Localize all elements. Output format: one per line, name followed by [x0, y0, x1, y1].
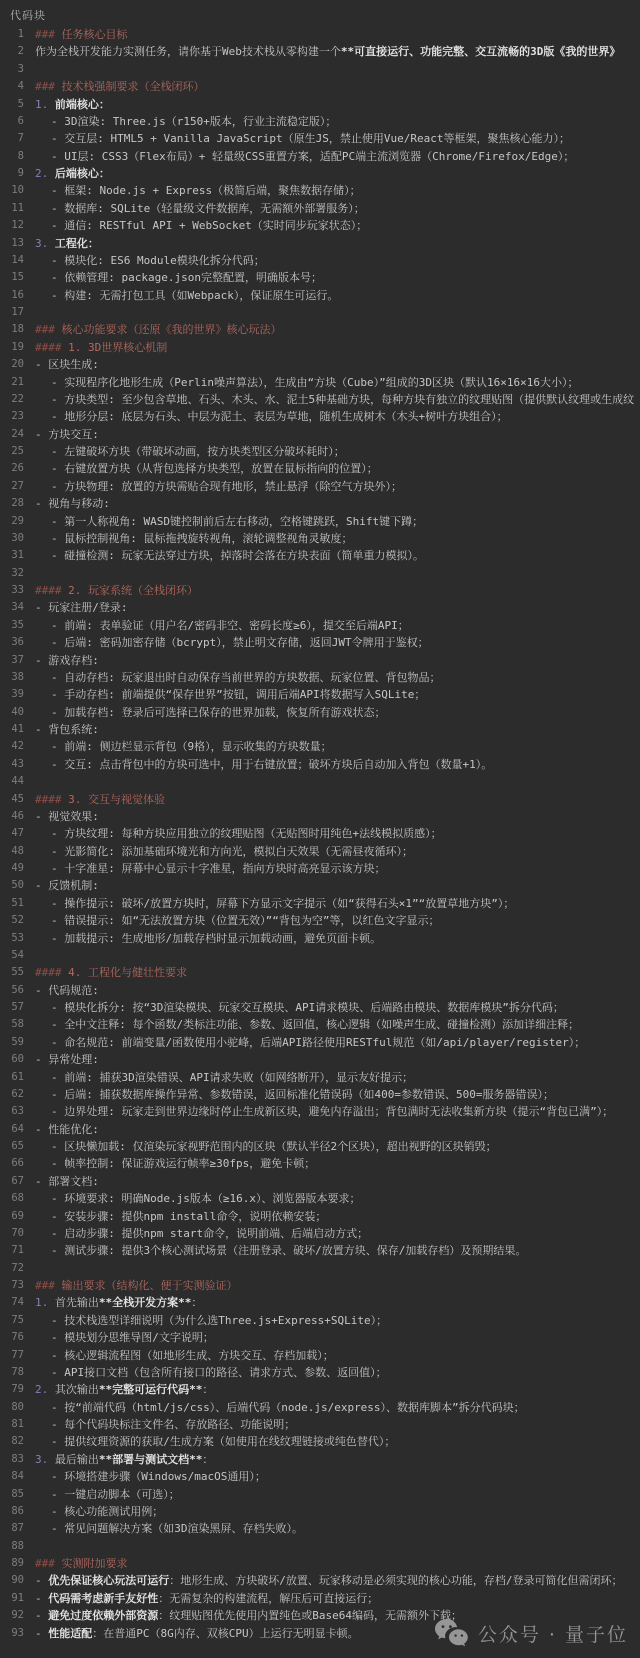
line-number: 79	[0, 1381, 24, 1398]
code-line: 41- 背包系统:	[0, 721, 640, 738]
code-line: 80- 按“前端代码（html/js/css）、后端代码（node.js/exp…	[0, 1399, 640, 1416]
line-content: - 左键破坏方块（带破坏动画，按方块类型区分破坏耗时）；	[24, 443, 345, 460]
code-line: 833. 最后输出**部署与测试文档**：	[0, 1451, 640, 1468]
line-number: 87	[0, 1520, 24, 1537]
line-number: 38	[0, 669, 24, 686]
line-number: 9	[0, 165, 24, 182]
line-number: 16	[0, 287, 24, 304]
line-number: 4	[0, 78, 24, 95]
line-content: - 手动存档: 前端提供“保存世界”按钮，调用后端API将数据写入SQLite；	[24, 686, 425, 703]
code-line: 82- 提供纹理资源的获取/生成方案（如使用在线纹理链接或纯色替代）；	[0, 1433, 640, 1450]
code-line: 19#### 1. 3D世界核心机制	[0, 339, 640, 356]
line-content: - 提供纹理资源的获取/生成方案（如使用在线纹理链接或纯色替代）；	[24, 1433, 395, 1450]
code-line: 3	[0, 61, 640, 78]
line-content: - 游戏存档:	[24, 652, 99, 669]
line-content	[24, 773, 35, 790]
line-number: 86	[0, 1503, 24, 1520]
line-number: 31	[0, 547, 24, 564]
code-line: 52- 错误提示: 如“无法放置方块（位置无效）”“背包为空”等，以红色文字显示…	[0, 912, 640, 929]
line-number: 89	[0, 1555, 24, 1572]
line-content: - 全中文注释: 每个函数/类标注功能、参数、返回值，核心逻辑（如噪声生成、碰撞…	[24, 1016, 579, 1033]
code-line: 34- 玩家注册/登录:	[0, 599, 640, 616]
line-content: - 视觉效果:	[24, 808, 99, 825]
line-content: - 地形分层: 底层为石头、中层为泥土、表层为草地，随机生成树木（木头+树叶方块…	[24, 408, 508, 425]
code-line: 55#### 4. 工程化与健壮性要求	[0, 964, 640, 981]
line-number: 7	[0, 130, 24, 147]
line-content: - 按“前端代码（html/js/css）、后端代码（node.js/expre…	[24, 1399, 525, 1416]
code-line: 7- 交互层: HTML5 + Vanilla JavaScript（原生JS，…	[0, 130, 640, 147]
line-content: - 鼠标控制视角: 鼠标拖拽旋转视角，滚轮调整视角灵敏度；	[24, 530, 353, 547]
line-content	[24, 1538, 35, 1555]
line-number: 15	[0, 269, 24, 286]
line-content: - 代码需考虑新手友好性：无需复杂的构建流程，解压后可直接运行；	[24, 1590, 378, 1607]
line-content: - 错误提示: 如“无法放置方块（位置无效）”“背包为空”等，以红色文字显示；	[24, 912, 439, 929]
code-line: 35- 前端: 表单验证（用户名/密码非空、密码长度≥6），提交至后端API；	[0, 617, 640, 634]
code-line: 67- 部署文档:	[0, 1173, 640, 1190]
line-number: 90	[0, 1572, 24, 1589]
code-line: 81- 每个代码块标注文件名、存放路径、功能说明；	[0, 1416, 640, 1433]
line-content: 2. 其次输出**完整可运行代码**：	[24, 1381, 213, 1398]
line-number: 72	[0, 1260, 24, 1277]
line-number: 83	[0, 1451, 24, 1468]
code-line: 77- 核心逻辑流程图（如地形生成、方块交互、存档加载）；	[0, 1347, 640, 1364]
code-line: 40- 加载存档: 登录后可选择已保存的世界加载，恢复所有游戏状态；	[0, 704, 640, 721]
code-line: 78- API接口文档（包含所有接口的路径、请求方式、参数、返回值）；	[0, 1364, 640, 1381]
code-line: 37- 游戏存档:	[0, 652, 640, 669]
line-content: - 常见问题解决方案（如3D渲染黑屏、存档失败）。	[24, 1520, 303, 1537]
code-line: 62- 后端: 捕获数据库操作异常、参数错误，返回标准化错误码（如400=参数错…	[0, 1086, 640, 1103]
code-lines: 1### 任务核心目标2作为全栈开发能力实测任务，请你基于Web技术栈从零构建一…	[0, 26, 640, 1642]
line-content	[24, 61, 35, 78]
code-line: 741. 首先输出**全栈开发方案**：	[0, 1294, 640, 1311]
line-content: 2. 后端核心：	[24, 165, 110, 182]
line-number: 35	[0, 617, 24, 634]
code-line: 21- 实现程序化地形生成（Perlin噪声算法），生成由“方块（Cube）”组…	[0, 374, 640, 391]
line-number: 30	[0, 530, 24, 547]
code-line: 17	[0, 304, 640, 321]
line-number: 19	[0, 339, 24, 356]
code-line: 92. 后端核心：	[0, 165, 640, 182]
line-content: - 方块类型: 至少包含草地、石头、木头、水、泥土5种基础方块，每种方块有独立的…	[24, 391, 634, 408]
code-line: 65- 区块懒加载: 仅渲染玩家视野范围内的区块（默认半径2个区块），超出视野的…	[0, 1138, 640, 1155]
line-content: - 依赖管理: package.json完整配置，明确版本号；	[24, 269, 322, 286]
line-number: 46	[0, 808, 24, 825]
code-line: 64- 性能优化:	[0, 1121, 640, 1138]
code-line: 72	[0, 1260, 640, 1277]
line-content: ### 实测附加要求	[24, 1555, 128, 1572]
line-number: 80	[0, 1399, 24, 1416]
code-line: 89### 实测附加要求	[0, 1555, 640, 1572]
line-number: 39	[0, 686, 24, 703]
line-number: 6	[0, 113, 24, 130]
line-content: - 交互: 点击背包中的方块可选中，用于右键放置；破坏方块后自动加入背包（数量+…	[24, 756, 492, 773]
line-content: - 优先保证核心玩法可运行：地形生成、方块破坏/放置、玩家移动是必须实现的核心功…	[24, 1572, 623, 1589]
code-line: 30- 鼠标控制视角: 鼠标拖拽旋转视角，滚轮调整视角灵敏度；	[0, 530, 640, 547]
code-line: 6- 3D渲染: Three.js（r150+版本，行业主流稳定版）；	[0, 113, 640, 130]
line-content: - 十字准星: 屏幕中心显示十字准星，指向方块时高亮显示该方块；	[24, 860, 386, 877]
code-line: 47- 方块纹理: 每种方块应用独立的纹理贴图（无贴图时用纯色+法线模拟质感）；	[0, 825, 640, 842]
code-line: 70- 启动步骤: 提供npm start命令，说明前端、后端启动方式；	[0, 1225, 640, 1242]
line-number: 11	[0, 200, 24, 217]
code-line: 88	[0, 1538, 640, 1555]
code-line: 71- 测试步骤: 提供3个核心测试场景（注册登录、破坏/放置方块、保存/加载存…	[0, 1242, 640, 1259]
code-line: 15- 依赖管理: package.json完整配置，明确版本号；	[0, 269, 640, 286]
line-number: 1	[0, 26, 24, 43]
line-number: 71	[0, 1242, 24, 1259]
line-number: 91	[0, 1590, 24, 1607]
line-number: 55	[0, 964, 24, 981]
line-number: 66	[0, 1155, 24, 1172]
code-line: 49- 十字准星: 屏幕中心显示十字准星，指向方块时高亮显示该方块；	[0, 860, 640, 877]
line-number: 69	[0, 1208, 24, 1225]
line-number: 32	[0, 565, 24, 582]
line-number: 77	[0, 1347, 24, 1364]
line-content: - 右键放置方块（从背包选择方块类型，放置在鼠标指向的位置）；	[24, 460, 378, 477]
line-content: - 启动步骤: 提供npm start命令，说明前端、后端启动方式；	[24, 1225, 368, 1242]
line-content: - 构建: 无需打包工具（如Webpack），保证原生可运行。	[24, 287, 338, 304]
line-content: - 模块化拆分: 按“3D渲染模块、玩家交互模块、API请求模块、后端路由模块、…	[24, 999, 564, 1016]
code-line: 69- 安装步骤: 提供npm install命令，说明依赖安装；	[0, 1208, 640, 1225]
line-number: 82	[0, 1433, 24, 1450]
line-content: - 测试步骤: 提供3个核心测试场景（注册登录、破坏/放置方块、保存/加载存档）…	[24, 1242, 526, 1259]
line-number: 10	[0, 182, 24, 199]
line-number: 57	[0, 999, 24, 1016]
line-content: - 自动存档: 玩家退出时自动保存当前世界的方块数据、玩家位置、背包物品；	[24, 669, 441, 686]
line-content: - 边界处理: 玩家走到世界边缘时停止生成新区块，避免内存溢出；背包满时无法收集…	[24, 1103, 613, 1120]
code-line: 1### 任务核心目标	[0, 26, 640, 43]
code-line: 53- 加载提示: 生成地形/加载存档时显示加载动画，避免页面卡顿。	[0, 930, 640, 947]
line-number: 8	[0, 148, 24, 165]
line-number: 58	[0, 1016, 24, 1033]
line-content: - 性能优化:	[24, 1121, 99, 1138]
line-content: - 前端: 捕获3D渲染错误、API请求失败（如网络断开），显示友好提示；	[24, 1069, 413, 1086]
line-number: 27	[0, 478, 24, 495]
line-content: - 核心逻辑流程图（如地形生成、方块交互、存档加载）；	[24, 1347, 334, 1364]
code-line: 90- 优先保证核心玩法可运行：地形生成、方块破坏/放置、玩家移动是必须实现的核…	[0, 1572, 640, 1589]
code-line: 54	[0, 947, 640, 964]
line-number: 68	[0, 1190, 24, 1207]
line-number: 70	[0, 1225, 24, 1242]
code-line: 38- 自动存档: 玩家退出时自动保存当前世界的方块数据、玩家位置、背包物品；	[0, 669, 640, 686]
line-content: - 代码规范:	[24, 982, 99, 999]
line-number: 63	[0, 1103, 24, 1120]
code-line: 28- 视角与移动:	[0, 495, 640, 512]
line-content: ### 输出要求（结构化、便于实测验证）	[24, 1277, 238, 1294]
line-number: 12	[0, 217, 24, 234]
wechat-icon	[434, 1618, 470, 1648]
line-number: 44	[0, 773, 24, 790]
code-line: 29- 第一人称视角: WASD键控制前后左右移动，空格键跳跃，Shift键下蹲…	[0, 513, 640, 530]
line-number: 41	[0, 721, 24, 738]
code-line: 48- 光影简化: 添加基础环境光和方向光，模拟白天效果（无需昼夜循环）；	[0, 843, 640, 860]
line-content: 3. 工程化：	[24, 235, 99, 252]
code-line: 792. 其次输出**完整可运行代码**：	[0, 1381, 640, 1398]
code-line: 20- 区块生成:	[0, 356, 640, 373]
line-number: 81	[0, 1416, 24, 1433]
code-line: 86- 核心功能测试用例；	[0, 1503, 640, 1520]
line-number: 45	[0, 791, 24, 808]
line-number: 28	[0, 495, 24, 512]
code-line: 91- 代码需考虑新手友好性：无需复杂的构建流程，解压后可直接运行；	[0, 1590, 640, 1607]
line-number: 76	[0, 1329, 24, 1346]
code-line: 31- 碰撞检测: 玩家无法穿过方块，掉落时会落在方块表面（简单重力模拟）。	[0, 547, 640, 564]
line-content: - 光影简化: 添加基础环境光和方向光，模拟白天效果（无需昼夜循环）；	[24, 843, 413, 860]
line-number: 50	[0, 877, 24, 894]
line-number: 64	[0, 1121, 24, 1138]
line-content	[24, 304, 35, 321]
line-content: - 加载存档: 登录后可选择已保存的世界加载，恢复所有游戏状态；	[24, 704, 386, 721]
code-line: 61- 前端: 捕获3D渲染错误、API请求失败（如网络断开），显示友好提示；	[0, 1069, 640, 1086]
line-number: 17	[0, 304, 24, 321]
code-line: 25- 左键破坏方块（带破坏动画，按方块类型区分破坏耗时）；	[0, 443, 640, 460]
line-number: 73	[0, 1277, 24, 1294]
line-content: ### 任务核心目标	[24, 26, 128, 43]
line-number: 53	[0, 930, 24, 947]
line-content	[24, 947, 35, 964]
line-content: #### 3. 交互与视觉体验	[24, 791, 165, 808]
line-content: - 命名规范: 前端变量/函数使用小驼峰，后端API路径使用RESTful规范（…	[24, 1034, 585, 1051]
line-number: 18	[0, 321, 24, 338]
line-number: 5	[0, 96, 24, 113]
line-content: - 碰撞检测: 玩家无法穿过方块，掉落时会落在方块表面（简单重力模拟）。	[24, 547, 424, 564]
line-content: - 核心功能测试用例；	[24, 1503, 163, 1520]
line-number: 52	[0, 912, 24, 929]
line-number: 93	[0, 1625, 24, 1642]
code-line: 56- 代码规范:	[0, 982, 640, 999]
line-content: - 环境要求: 明确Node.js版本（≥16.x）、浏览器版本要求；	[24, 1190, 360, 1207]
line-content: - 方块物理: 放置的方块需贴合现有地形，禁止悬浮（除空气方块外）；	[24, 478, 402, 495]
code-line: 51. 前端核心：	[0, 96, 640, 113]
line-number: 43	[0, 756, 24, 773]
line-content: - 交互层: HTML5 + Vanilla JavaScript（原生JS，禁…	[24, 130, 570, 147]
line-content: - 加载提示: 生成地形/加载存档时显示加载动画，避免页面卡顿。	[24, 930, 381, 947]
line-content: - 区块生成:	[24, 356, 99, 373]
code-block-title: 代码块	[10, 7, 46, 23]
code-line: 23- 地形分层: 底层为石头、中层为泥土、表层为草地，随机生成树木（木头+树叶…	[0, 408, 640, 425]
line-number: 20	[0, 356, 24, 373]
line-content: - 通信: RESTful API + WebSocket（实时同步玩家状态）；	[24, 217, 367, 234]
line-content	[24, 1260, 35, 1277]
line-number: 34	[0, 599, 24, 616]
line-number: 65	[0, 1138, 24, 1155]
line-content: - 避免过度依赖外部资源：纹理贴图优先使用内置纯色或Base64编码，无需额外下…	[24, 1607, 462, 1624]
line-content: 1. 首先输出**全栈开发方案**：	[24, 1294, 202, 1311]
line-number: 40	[0, 704, 24, 721]
line-number: 84	[0, 1468, 24, 1485]
code-line: 46- 视觉效果:	[0, 808, 640, 825]
line-content: - 模块化: ES6 Module模块化拆分代码；	[24, 252, 265, 269]
line-content: - 前端: 侧边栏显示背包（9格），显示收集的方块数量；	[24, 738, 332, 755]
line-number: 42	[0, 738, 24, 755]
line-content: - 视角与移动:	[24, 495, 110, 512]
code-line: 44	[0, 773, 640, 790]
line-number: 29	[0, 513, 24, 530]
code-line: 85- 一键启动脚本（可选）；	[0, 1486, 640, 1503]
code-line: 63- 边界处理: 玩家走到世界边缘时停止生成新区块，避免内存溢出；背包满时无法…	[0, 1103, 640, 1120]
line-number: 78	[0, 1364, 24, 1381]
code-line: 2作为全栈开发能力实测任务，请你基于Web技术栈从零构建一个**可直接运行、功能…	[0, 43, 640, 60]
code-line: 73### 输出要求（结构化、便于实测验证）	[0, 1277, 640, 1294]
line-content: 1. 前端核心：	[24, 96, 110, 113]
code-line: 60- 异常处理:	[0, 1051, 640, 1068]
code-line: 57- 模块化拆分: 按“3D渲染模块、玩家交互模块、API请求模块、后端路由模…	[0, 999, 640, 1016]
line-content: - 第一人称视角: WASD键控制前后左右移动，空格键跳跃，Shift键下蹲；	[24, 513, 423, 530]
line-content: - 数据库: SQLite（轻量级文件数据库，无需额外部署服务）；	[24, 200, 365, 217]
line-number: 24	[0, 426, 24, 443]
line-content: - 背包系统:	[24, 721, 99, 738]
code-line: 66- 帧率控制: 保证游戏运行帧率≥30fps，避免卡顿；	[0, 1155, 640, 1172]
code-line: 39- 手动存档: 前端提供“保存世界”按钮，调用后端API将数据写入SQLit…	[0, 686, 640, 703]
line-number: 47	[0, 825, 24, 842]
line-number: 92	[0, 1607, 24, 1624]
line-content: - 玩家注册/登录:	[24, 599, 128, 616]
line-number: 3	[0, 61, 24, 78]
line-number: 49	[0, 860, 24, 877]
code-line: 87- 常见问题解决方案（如3D渲染黑屏、存档失败）。	[0, 1520, 640, 1537]
code-line: 59- 命名规范: 前端变量/函数使用小驼峰，后端API路径使用RESTful规…	[0, 1034, 640, 1051]
code-line: 14- 模块化: ES6 Module模块化拆分代码；	[0, 252, 640, 269]
line-number: 62	[0, 1086, 24, 1103]
code-line: 75- 技术栈选型详细说明（为什么选Three.js+Express+SQLit…	[0, 1312, 640, 1329]
code-line: 24- 方块交互:	[0, 426, 640, 443]
code-line: 4### 技术栈强制要求（全栈闭环）	[0, 78, 640, 95]
line-content: - 异常处理:	[24, 1051, 99, 1068]
line-content	[24, 565, 35, 582]
code-line: 68- 环境要求: 明确Node.js版本（≥16.x）、浏览器版本要求；	[0, 1190, 640, 1207]
line-number: 48	[0, 843, 24, 860]
line-number: 59	[0, 1034, 24, 1051]
line-content: - 区块懒加载: 仅渲染玩家视野范围内的区块（默认半径2个区块），超出视野的区块…	[24, 1138, 497, 1155]
line-content: - 每个代码块标注文件名、存放路径、功能说明；	[24, 1416, 295, 1433]
line-content: - 反馈机制:	[24, 877, 99, 894]
line-number: 33	[0, 582, 24, 599]
line-content: - 后端: 捕获数据库操作异常、参数错误，返回标准化错误码（如400=参数错误、…	[24, 1086, 554, 1103]
line-number: 23	[0, 408, 24, 425]
line-number: 37	[0, 652, 24, 669]
line-number: 21	[0, 374, 24, 391]
line-content: - API接口文档（包含所有接口的路径、请求方式、参数、返回值）；	[24, 1364, 387, 1381]
line-number: 85	[0, 1486, 24, 1503]
line-content: - 模块划分思维导图/文字说明；	[24, 1329, 214, 1346]
code-line: 50- 反馈机制:	[0, 877, 640, 894]
line-number: 67	[0, 1173, 24, 1190]
line-content: - 方块纹理: 每种方块应用独立的纹理贴图（无贴图时用纯色+法线模拟质感）；	[24, 825, 442, 842]
line-number: 56	[0, 982, 24, 999]
line-number: 2	[0, 43, 24, 60]
line-number: 74	[0, 1294, 24, 1311]
code-line: 10- 框架: Node.js + Express（极简后端，聚焦数据存储）；	[0, 182, 640, 199]
code-line: 33#### 2. 玩家系统（全栈闭环）	[0, 582, 640, 599]
line-content: - 性能适配：在普通PC（8G内存、双核CPU）上运行无明显卡顿。	[24, 1625, 359, 1642]
code-line: 22- 方块类型: 至少包含草地、石头、木头、水、泥土5种基础方块，每种方块有独…	[0, 391, 640, 408]
line-content: - 方块交互:	[24, 426, 99, 443]
code-line: 11- 数据库: SQLite（轻量级文件数据库，无需额外部署服务）；	[0, 200, 640, 217]
code-line: 84- 环境搭建步骤（Windows/macOS通用）；	[0, 1468, 640, 1485]
line-number: 14	[0, 252, 24, 269]
line-content: - 实现程序化地形生成（Perlin噪声算法），生成由“方块（Cube）”组成的…	[24, 374, 578, 391]
line-content: - 部署文档:	[24, 1173, 99, 1190]
line-number: 61	[0, 1069, 24, 1086]
line-content: - 一键启动脚本（可选）；	[24, 1486, 180, 1503]
line-content: - 前端: 表单验证（用户名/密码非空、密码长度≥6），提交至后端API；	[24, 617, 409, 634]
line-content: - 环境搭建步骤（Windows/macOS通用）；	[24, 1468, 266, 1485]
line-number: 54	[0, 947, 24, 964]
code-line: 12- 通信: RESTful API + WebSocket（实时同步玩家状态…	[0, 217, 640, 234]
line-number: 36	[0, 634, 24, 651]
line-number: 60	[0, 1051, 24, 1068]
code-line: 43- 交互: 点击背包中的方块可选中，用于右键放置；破坏方块后自动加入背包（数…	[0, 756, 640, 773]
line-content: - 操作提示: 破坏/放置方块时，屏幕下方显示文字提示（如“获得石头×1”“放置…	[24, 895, 514, 912]
code-line: 18### 核心功能要求（还原《我的世界》核心玩法）	[0, 321, 640, 338]
watermark: 公众号 · 量子位	[434, 1618, 628, 1648]
code-line: 16- 构建: 无需打包工具（如Webpack），保证原生可运行。	[0, 287, 640, 304]
code-line: 36- 后端: 密码加密存储（bcrypt），禁止明文存储，返回JWT令牌用于鉴…	[0, 634, 640, 651]
line-content: - 3D渲染: Three.js（r150+版本，行业主流稳定版）；	[24, 113, 336, 130]
code-line: 45#### 3. 交互与视觉体验	[0, 791, 640, 808]
code-line: 32	[0, 565, 640, 582]
line-content: - 技术栈选型详细说明（为什么选Three.js+Express+SQLite）…	[24, 1312, 387, 1329]
code-line: 42- 前端: 侧边栏显示背包（9格），显示收集的方块数量；	[0, 738, 640, 755]
code-line: 8- UI层: CSS3（Flex布局）+ 轻量级CSS重置方案，适配PC端主流…	[0, 148, 640, 165]
code-block-panel: 代码块 1### 任务核心目标2作为全栈开发能力实测任务，请你基于Web技术栈从…	[0, 0, 640, 1658]
line-content: - UI层: CSS3（Flex布局）+ 轻量级CSS重置方案，适配PC端主流浏…	[24, 148, 574, 165]
line-content: #### 1. 3D世界核心机制	[24, 339, 167, 356]
line-content: - 帧率控制: 保证游戏运行帧率≥30fps，避免卡顿；	[24, 1155, 315, 1172]
line-number: 75	[0, 1312, 24, 1329]
code-line: 26- 右键放置方块（从背包选择方块类型，放置在鼠标指向的位置）；	[0, 460, 640, 477]
code-line: 76- 模块划分思维导图/文字说明；	[0, 1329, 640, 1346]
line-number: 22	[0, 391, 24, 408]
line-number: 26	[0, 460, 24, 477]
code-line: 51- 操作提示: 破坏/放置方块时，屏幕下方显示文字提示（如“获得石头×1”“…	[0, 895, 640, 912]
code-line: 58- 全中文注释: 每个函数/类标注功能、参数、返回值，核心逻辑（如噪声生成、…	[0, 1016, 640, 1033]
line-content: 3. 最后输出**部署与测试文档**：	[24, 1451, 213, 1468]
line-content: - 后端: 密码加密存储（bcrypt），禁止明文存储，返回JWT令牌用于鉴权；	[24, 634, 429, 651]
line-content: ### 核心功能要求（还原《我的世界》核心玩法）	[24, 321, 282, 338]
line-number: 51	[0, 895, 24, 912]
code-line: 27- 方块物理: 放置的方块需贴合现有地形，禁止悬浮（除空气方块外）；	[0, 478, 640, 495]
line-number: 13	[0, 235, 24, 252]
line-content: #### 2. 玩家系统（全栈闭环）	[24, 582, 198, 599]
line-number: 88	[0, 1538, 24, 1555]
line-number: 25	[0, 443, 24, 460]
line-content: 作为全栈开发能力实测任务，请你基于Web技术栈从零构建一个**可直接运行、功能完…	[24, 43, 620, 60]
line-content: ### 技术栈强制要求（全栈闭环）	[24, 78, 205, 95]
line-content: - 安装步骤: 提供npm install命令，说明依赖安装；	[24, 1208, 326, 1225]
code-line: 133. 工程化：	[0, 235, 640, 252]
line-content: #### 4. 工程化与健壮性要求	[24, 964, 187, 981]
line-content: - 框架: Node.js + Express（极简后端，聚焦数据存储）；	[24, 182, 361, 199]
watermark-text: 公众号 · 量子位	[478, 1620, 628, 1647]
